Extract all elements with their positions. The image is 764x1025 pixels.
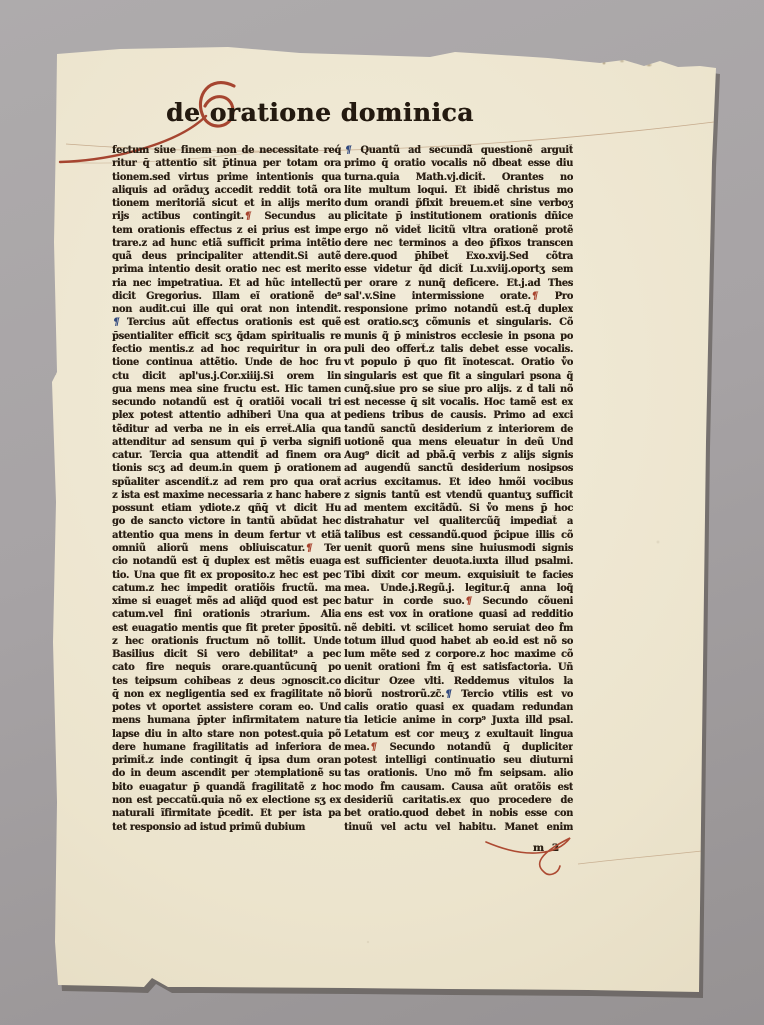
text-line: esse videtur q̃d dicit̃ Lu.xviij.oportʒ …	[344, 263, 573, 276]
text-line: secundo notandũ est q̄ oratiõi vocali tr…	[112, 396, 341, 409]
text-block: fectum siue finem non de necessitate req…	[112, 144, 574, 834]
text-line: ¶ Tercius aũt effectus orationis est quẽ	[112, 316, 341, 329]
text-line: ctu dicit apl'us.j.Cor.xiiij.Si orem lin	[112, 370, 341, 383]
text-line: tionis scʒ ad deum.in quem p̄ orationem	[112, 462, 341, 475]
text-line: per orare z nunq̃ deficere. Et.j.ad Thes	[344, 277, 573, 290]
text-line: lum mẽte sed z corpore.z hoc maxime cõ	[344, 648, 573, 661]
text-line: non est peccatũ.quia nõ ex electione sʒ …	[112, 794, 341, 807]
red-paraph-mark: ¶	[531, 291, 539, 302]
blue-paraph-mark: ¶	[344, 145, 352, 156]
text-line: est oratio.scʒ cõmunis et singularis. Cõ	[344, 316, 573, 329]
text-line: dere nec terminos a deo p̃fixos transcen	[344, 237, 573, 250]
text-line: catum.vel fini orationis ɔtrarium. Alia	[112, 608, 341, 621]
text-line: do in deum ascendit per ɔtemplationẽ su	[112, 767, 341, 780]
text-line: talibus est cessandũ.quod p̃cipue illis …	[344, 529, 573, 542]
text-line: potest intelligi continuatio seu diuturn…	[344, 754, 573, 767]
text-line: p̄sentialiter efficit scʒ q̃dam spiritua…	[112, 330, 341, 343]
text-line: primo q̄ oratio vocalis nõ dbeat esse di…	[344, 157, 573, 170]
text-line: tionem meritoriã sicut et in alijs merit…	[112, 197, 341, 210]
blue-paraph-mark: ¶	[112, 317, 120, 328]
text-line: cio notandũ est q̄ duplex est mẽtis euag…	[112, 555, 341, 568]
text-line: fectio mentis.z ad hoc requiritur in ora	[112, 343, 341, 356]
text-line: puli deo offert̃.z talis debet esse voca…	[344, 343, 573, 356]
text-line: plex potest attentio adhiberi Una qua at	[112, 409, 341, 422]
text-line: ria nec impetratiua. Et ad hũc intellect…	[112, 277, 341, 290]
text-line: tinuũ vel actu vel habitu. Manet enim	[344, 821, 573, 834]
text-line: gua mens mea sine fructu est. Hic tamen	[112, 383, 341, 396]
red-paraph-mark: ¶	[464, 596, 472, 607]
page-heading: de oratione dominica	[166, 98, 586, 127]
blue-paraph-mark: ¶	[444, 689, 452, 700]
text-line: est euagatio mentis que fit preter p̄pos…	[112, 622, 341, 635]
text-line: ritur q̄ attentio sit p̄tinua per totam …	[112, 157, 341, 170]
text-line: biorũ nostrorũ.zc̃.¶ Tercio vtilis est v…	[344, 688, 573, 701]
text-line: cato fire nequis orare.quantũcunq̄ po	[112, 661, 341, 674]
text-line: fectum siue finem non de necessitate req…	[112, 144, 341, 157]
text-line: dicitur Ozee vlti. Reddemus vitulos la	[344, 675, 573, 688]
text-line: Letatum est cor meuʒ z exultauit lingua	[344, 728, 573, 741]
text-line: vt populo p̄ quo fit ĩnotescat. Oratio v…	[344, 356, 573, 369]
text-line: modo f̃m causam. Causa aũt oratõis est	[344, 781, 573, 794]
text-line: ¶ Quantũ ad secundã questionẽ arguit̃	[344, 144, 573, 157]
text-line: responsione primo notandũ est.q̄ duplex	[344, 303, 573, 316]
text-line: totum illud quod habet ab eo.id est nõ s…	[344, 635, 573, 648]
text-line: dere humane fragilitatis ad inferiora de	[112, 741, 341, 754]
text-line: ergo nõ videt̃ licitũ vltra orationẽ pro…	[344, 224, 573, 237]
text-line: calis oratio quasi ex quadam redundan	[344, 701, 573, 714]
photo-canvas: { "page": { "heading": "de oratione domi…	[0, 0, 764, 1025]
text-line: go de sancto victore in tantũ abũdat hec	[112, 515, 341, 528]
text-line: attentio qua mens in deum fertur vt etiã	[112, 529, 341, 542]
text-line: distrahatur vel qualitercũq̃ impediat̃ a	[344, 515, 573, 528]
text-line: catur. Tercia qua attendit̃ ad finem ora	[112, 449, 341, 462]
text-line: est sufficienter deuota.iuxta illud psal…	[344, 555, 573, 568]
text-line: lite multum loqui. Et ibidẽ christus mo	[344, 184, 573, 197]
text-line: acrius excitamus. Et ideo hmõi vocibus	[344, 476, 573, 489]
text-line: tem orationis effectus z ei prius est im…	[112, 224, 341, 237]
text-line: uenit orationi f̃m q̄ est satisfactoria.…	[344, 661, 573, 674]
text-line: mens humana p̄pter infirmitatem nature	[112, 714, 341, 727]
text-line: potes vt oportet assistere coram eo. Und	[112, 701, 341, 714]
text-line: non audit.cui ille qui orat non intendit…	[112, 303, 341, 316]
text-line: tet responsio ad istud primũ dubium	[112, 821, 341, 834]
text-line: catum.z hec impedit oratiõis fructũ. ma	[112, 582, 341, 595]
text-column-right: ¶ Quantũ ad secundã questionẽ arguit̃pri…	[344, 144, 573, 834]
text-line: nẽ debiti. vt scilicet homo seruiat deo …	[344, 622, 573, 635]
text-line: ad mentem excitãdũ. Si v̊o mens p̄ hoc	[344, 502, 573, 515]
text-line: tionem.sed virtus prime intentionis qua	[112, 171, 341, 184]
text-line: ad augendũ sanctũ desiderium nosipsos	[344, 462, 573, 475]
text-line: xime si euaget̃ mẽs ad aliq̃d quod est p…	[112, 595, 341, 608]
text-line: bito euagatur p̄ quandã fragilitatẽ z ho…	[112, 781, 341, 794]
text-line: pediens tribus de causis. Primo ad exci	[344, 409, 573, 422]
text-line: spũaliter ascendit̃.z ad rem pro qua ora…	[112, 476, 341, 489]
text-line: tes teipsum cohibeas z deus ɔgnoscit.co	[112, 675, 341, 688]
text-line: Tibi dixit cor meum. exquisiuit te facie…	[344, 569, 573, 582]
text-line: tione continua attẽtio. Unde de hoc fru	[112, 356, 341, 369]
quire-signature-mark: m 2	[345, 842, 561, 854]
text-line: tio. Una que fit ex proposito.z hec est …	[112, 569, 341, 582]
text-line: turna.quia Math.vj.dicit̃. Orantes no	[344, 171, 573, 184]
text-line: rijs actibus contingit.¶ Secundus au	[112, 210, 341, 223]
text-line: munis q̃ p̄ ministros ecclesie in psona …	[344, 330, 573, 343]
text-line: aliquis ad orãduʒ accedit reddit totã or…	[112, 184, 341, 197]
text-line: dum orandi p̃fixit breuem.et sine verboʒ	[344, 197, 573, 210]
text-line: naturali ĩfirmitate p̄cedit. Et per ista…	[112, 807, 341, 820]
text-column-left: fectum siue finem non de necessitate req…	[112, 144, 341, 834]
text-line: primit̃.z inde contingit q̄ ipsa dum ora…	[112, 754, 341, 767]
text-line: tas orationis. Uno mõ f̃m seipsam. alio	[344, 767, 573, 780]
text-line: omniũ aliorũ mens obliuiscatur.¶ Ter	[112, 542, 341, 555]
text-line: est necesse q̄ sit vocalis. Hoc tamẽ est…	[344, 396, 573, 409]
text-line: cunq̃.siue pro se siue pro alijs. z d̃ t…	[344, 383, 573, 396]
text-line: z signis tantũ est vtendũ quantuʒ suffic…	[344, 489, 573, 502]
red-paraph-mark: ¶	[244, 211, 252, 222]
text-line: uotionẽ qua mens eleuatur in deũ Und	[344, 436, 573, 449]
text-line: z ista est maxime necessaria z hanc habe…	[112, 489, 341, 502]
text-line: attenditur ad sensum qui p̄ verba signif…	[112, 436, 341, 449]
text-line: mea. Unde.j.Regũ.j. legitur.q̄ anna loq̃	[344, 582, 573, 595]
text-line: prima intentio desit oratio nec est meri…	[112, 263, 341, 276]
text-line: lapse diu in alto stare non potest.quia …	[112, 728, 341, 741]
text-line: dere.quod p̄hibet̃ Exo.xvij.Sed cõtra	[344, 250, 573, 263]
text-line: z hec orationis fructum nõ tollit. Unde	[112, 635, 341, 648]
text-line: batur in corde suo.¶ Secundo cõueni	[344, 595, 573, 608]
text-line: tandũ sanctũ desiderium z interiorem de	[344, 423, 573, 436]
text-line: Basilius dicit Si vero debilitat⁹ a pec	[112, 648, 341, 661]
text-line: tia leticie anime in corp⁹ Juxta illd̃ p…	[344, 714, 573, 727]
text-line: desideriũ caritatis.ex quo procedere de	[344, 794, 573, 807]
text-line: Aug⁹ dicit ad pbã.q̄ verbis z alijs sign…	[344, 449, 573, 462]
red-paraph-mark: ¶	[305, 543, 313, 554]
text-line: q̄ non ex negligentia sed ex fragilitate…	[112, 688, 341, 701]
text-line: uenit quorũ mens sine huiusmodi signis	[344, 542, 573, 555]
text-line: tẽditur ad verba ne in eis erret̃.Alia q…	[112, 423, 341, 436]
red-paraph-mark: ¶	[369, 742, 377, 753]
text-line: singularis est que fit a singulari psona…	[344, 370, 573, 383]
text-line: bet oratio.quod debet in nobis esse con	[344, 807, 573, 820]
text-line: trare.z ad hunc etiã sufficit prima intẽ…	[112, 237, 341, 250]
text-line: plicitate p̄ institutionem orationis dñi…	[344, 210, 573, 223]
text-line: mea.¶ Secundo notandũ q̄ dupliciter	[344, 741, 573, 754]
text-line: quã deus principaliter attendit.Si autẽ	[112, 250, 341, 263]
text-line: sal'.v.Sine intermissione orate.¶ Pro	[344, 290, 573, 303]
text-line: possunt etiam ydiote.z qñq̄ vt dicit Hu	[112, 502, 341, 515]
text-line: ens est vox in oratione quasi ad redditi…	[344, 608, 573, 621]
text-line: dicit Gregorius. Illam eĩ orationẽ de⁹	[112, 290, 341, 303]
manuscript-page: de oratione dominica fectum siue finem n…	[48, 42, 726, 1002]
